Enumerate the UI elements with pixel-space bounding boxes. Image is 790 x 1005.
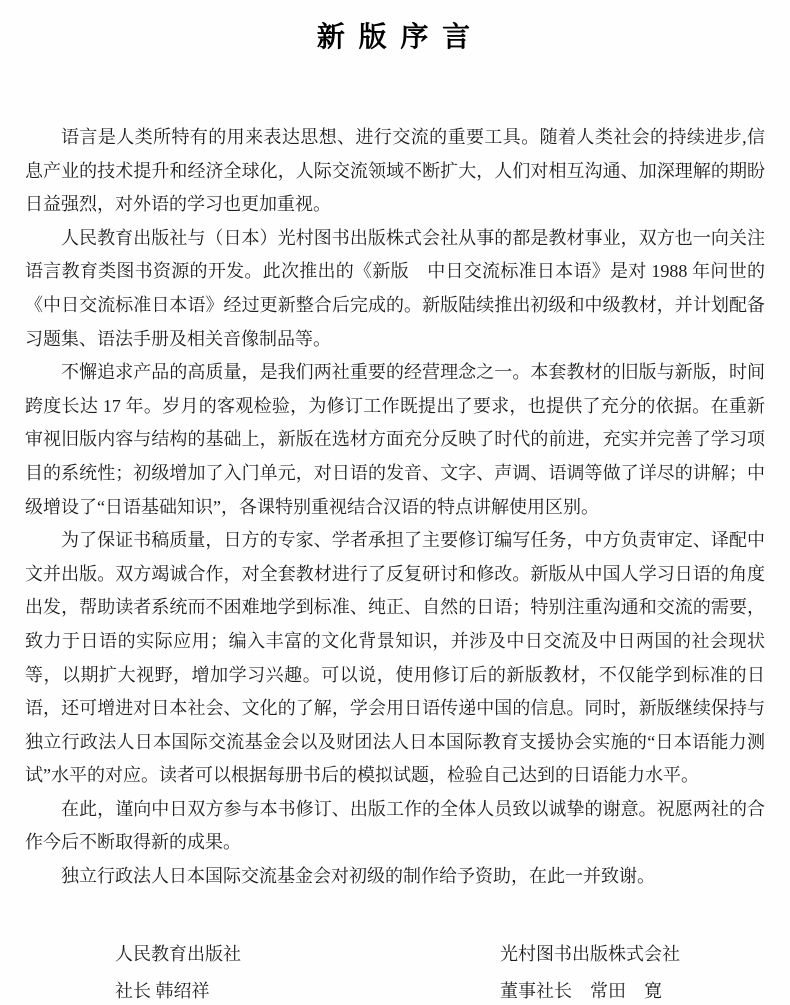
paragraph-intro: 语言是人类所特有的用来表达思想、进行交流的重要工具。随着人类社会的持续进步,信息…: [25, 121, 765, 222]
signature-signer: 社长 韩绍祥: [115, 973, 241, 1005]
signature-org: 人民教育出版社: [115, 936, 241, 973]
signature-org: 光村图书出版株式会社: [500, 936, 680, 973]
signature-signer: 董事社长 常田 寛: [500, 973, 680, 1005]
paragraph-revision: 为了保证书稿质量，日方的专家、学者承担了主要修订编写任务，中方负责审定、译配中文…: [25, 524, 765, 793]
signature-block-peoples-education-press: 人民教育出版社 社长 韩绍祥: [115, 936, 241, 1005]
paragraph-funding: 独立行政法人日本国际交流基金会对初级的制作给予资助，在此一并致谢。: [25, 860, 765, 894]
page-title: 新 版 序 言: [0, 0, 790, 55]
paragraph-thanks: 在此，谨向中日双方参与本书修订、出版工作的全体人员致以诚挚的谢意。祝愿两社的合作…: [25, 793, 765, 860]
preface-page: 新 版 序 言 语言是人类所特有的用来表达思想、进行交流的重要工具。随着人类社会…: [0, 0, 790, 1005]
preface-body: 语言是人类所特有的用来表达思想、进行交流的重要工具。随着人类社会的持续进步,信息…: [25, 121, 765, 894]
paragraph-publishers: 人民教育出版社与（日本）光村图书出版株式会社从事的都是教材事业，双方也一向关注语…: [25, 222, 765, 356]
signature-block-mitsumura-tosho: 光村图书出版株式会社 董事社长 常田 寛: [500, 936, 680, 1005]
paragraph-quality: 不懈追求产品的高质量，是我们两社重要的经营理念之一。本套教材的旧版与新版，时间跨…: [25, 356, 765, 524]
